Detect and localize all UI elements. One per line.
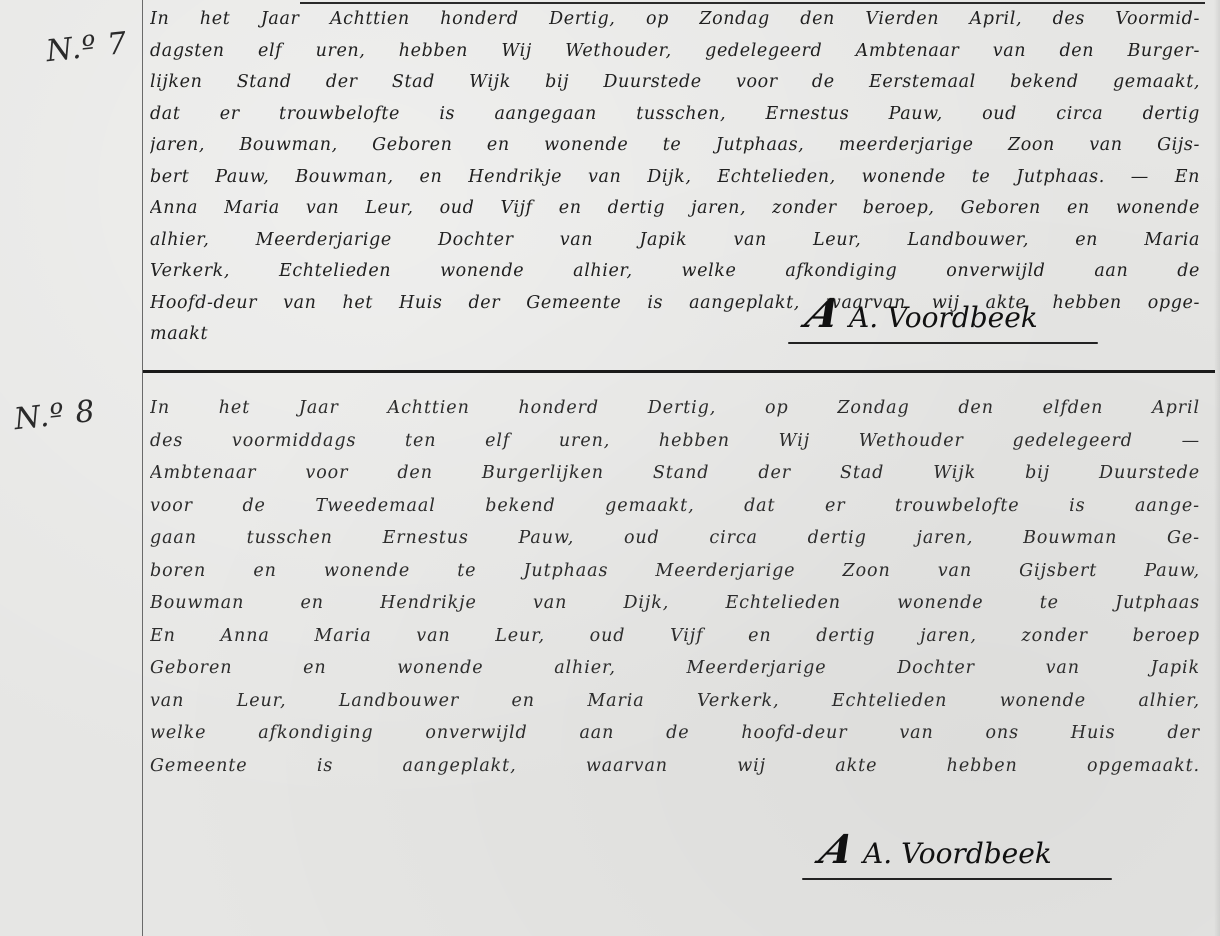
entry-line: alhier, Meerderjarige Dochter van Japik … <box>150 225 1200 257</box>
entry-line: bert Pauw, Bouwman, en Hendrikje van Dij… <box>150 162 1200 194</box>
entry-line: Ambtenaar voor den Burgerlijken Stand de… <box>150 457 1200 490</box>
entry-number: N.º 7 <box>44 26 129 69</box>
signature-text: A. Voordbeek <box>863 837 1052 870</box>
signature-underline <box>802 878 1112 880</box>
entry-line: Anna Maria van Leur, oud Vijf en dertig … <box>150 193 1200 225</box>
entry-line: lijken Stand der Stad Wijk bij Duurstede… <box>150 67 1200 99</box>
entry-line: van Leur, Landbouwer en Maria Verkerk, E… <box>150 685 1200 718</box>
entry-line: des voormiddags ten elf uren, hebben Wij… <box>150 425 1200 458</box>
entry-line: gaan tusschen Ernestus Pauw, oud circa d… <box>150 522 1200 555</box>
entry-separator <box>143 370 1215 373</box>
signature-text: A. Voordbeek <box>849 301 1038 334</box>
entry-line: dat er trouwbelofte is aangegaan tussche… <box>150 99 1200 131</box>
entry-line: Geboren en wonende alhier, Meerderjarige… <box>150 652 1200 685</box>
entry-line: maakt <box>150 319 1200 351</box>
entry-line: Bouwman en Hendrikje van Dijk, Echtelied… <box>150 587 1200 620</box>
entry-line: Gemeente is aangeplakt, waarvan wij akte… <box>150 750 1200 783</box>
entry-line: In het Jaar Achttien honderd Dertig, op … <box>150 4 1200 36</box>
entry-line: boren en wonende te Jutphaas Meerderjari… <box>150 555 1200 588</box>
entry-line: In het Jaar Achttien honderd Dertig, op … <box>150 392 1200 425</box>
register-entry: In het Jaar Achttien honderd Dertig, op … <box>150 392 1200 782</box>
entry-line: voor de Tweedemaal bekend gemaakt, dat e… <box>150 490 1200 523</box>
entry-line: En Anna Maria van Leur, oud Vijf en dert… <box>150 620 1200 653</box>
register-entry: In het Jaar Achttien honderd Dertig, op … <box>150 4 1200 351</box>
entry-line: jaren, Bouwman, Geboren en wonende te Ju… <box>150 130 1200 162</box>
register-page: N.º 7 In het Jaar Achttien honderd Derti… <box>0 0 1220 936</box>
margin-rule <box>142 0 143 936</box>
entry-number: N.º 8 <box>12 394 97 437</box>
entry-line: Hoofd-deur van het Huis der Gemeente is … <box>150 288 1200 320</box>
signature-underline <box>788 342 1098 344</box>
page-edge <box>1214 0 1220 936</box>
entry-line: dagsten elf uren, hebben Wij Wethouder, … <box>150 36 1200 68</box>
entry-line: welke afkondiging onverwijld aan de hoof… <box>150 717 1200 750</box>
entry-line: Verkerk, Echtelieden wonende alhier, wel… <box>150 256 1200 288</box>
signature: AA. Voordbeek <box>822 826 1052 873</box>
signature: AA. Voordbeek <box>808 290 1038 337</box>
signature-flourish: A <box>813 826 861 873</box>
